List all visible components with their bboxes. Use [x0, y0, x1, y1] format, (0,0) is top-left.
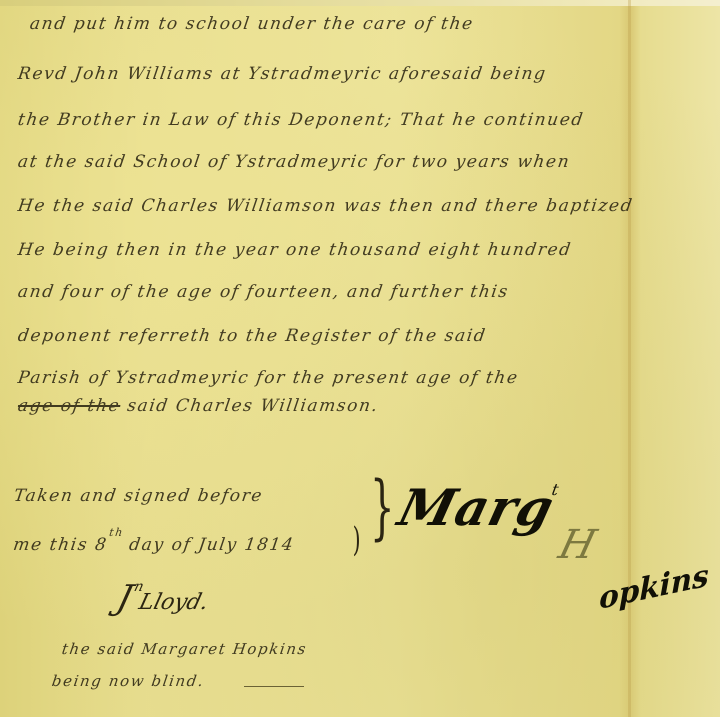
body-line-4: at the said School of Ystradmeyric for t…	[17, 152, 572, 172]
note-line-1: the said Margaret Hopkins	[61, 640, 308, 658]
body-line-9: Parish of Ystradmeyric for the present a…	[17, 368, 520, 388]
signature-given-name: Marg	[393, 478, 561, 537]
body-line-2: Revd John Williams at Ystradmeyric afore…	[17, 64, 548, 84]
jurat-date-ordinal: th	[108, 526, 125, 539]
body-line-3: the Brother in Law of this Deponent; Tha…	[17, 110, 586, 130]
body-line-10: age of the said Charles Williamson.	[17, 396, 380, 416]
curly-brace: }	[370, 472, 395, 542]
body-line-1: and put him to school under the care of …	[29, 14, 476, 34]
paper-top-edge	[0, 0, 720, 6]
body-line-6: He being then in the year one thousand e…	[17, 240, 574, 260]
note-dash	[244, 686, 304, 687]
struck-text: age of the	[17, 396, 122, 416]
body-line-5: He the said Charles Williamson was then …	[17, 196, 635, 216]
note-line-2: being now blind.	[51, 672, 206, 690]
closing-paren: )	[353, 520, 361, 560]
jurat-line-1: Taken and signed before	[13, 486, 265, 506]
commissioner-signature: JnLloyd.	[113, 578, 214, 618]
last-line-text: said Charles Williamson.	[126, 396, 380, 416]
body-line-8: deponent referreth to the Register of th…	[17, 326, 488, 346]
jurat-date-prefix: me this 8	[12, 535, 109, 555]
commissioner-name: Lloyd.	[136, 590, 211, 615]
jurat-date-suffix: day of July 1814	[128, 535, 296, 555]
body-line-7: and four of the age of fourteen, and fur…	[17, 282, 511, 302]
jurat-line-2: me this 8th day of July 1814	[12, 526, 297, 555]
